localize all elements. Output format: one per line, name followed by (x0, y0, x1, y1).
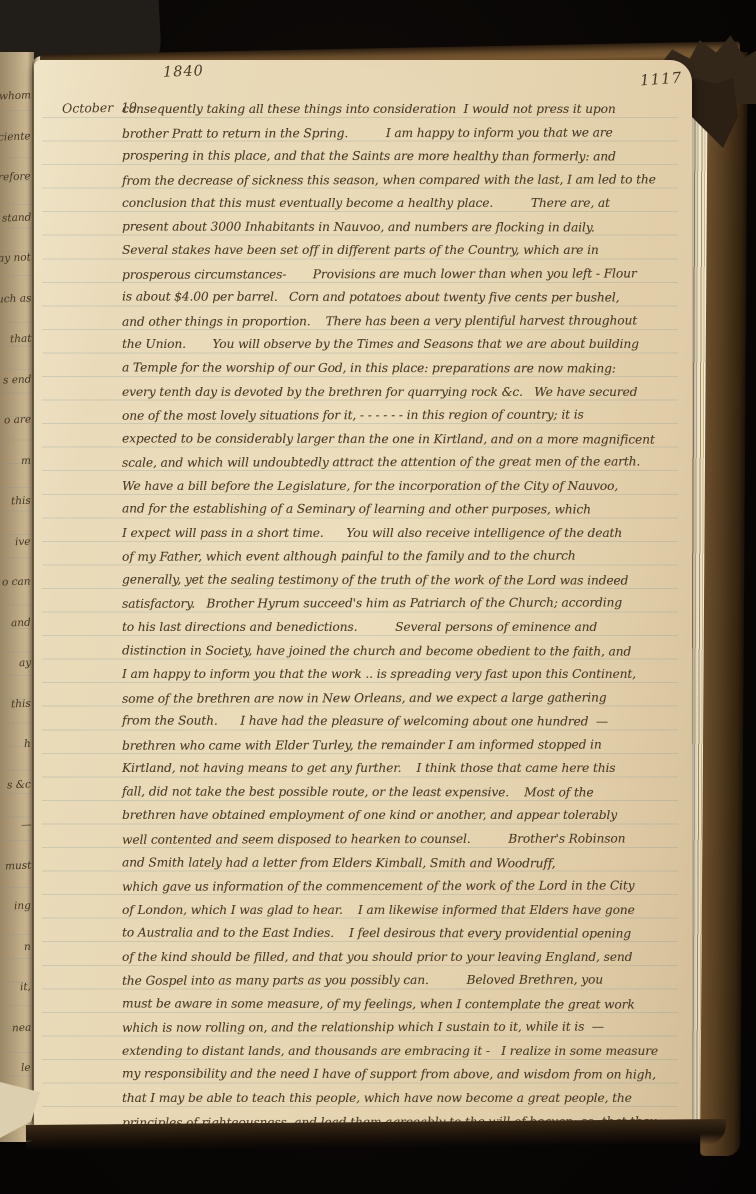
letter-line: scale, and which will undoubtedly attrac… (122, 450, 684, 475)
page-fragment: le (21, 1062, 31, 1074)
previous-page-edge: whomcientereforestanday notuch asthats e… (0, 52, 34, 1142)
letter-line: the Union. You will observe by the Times… (122, 333, 684, 357)
page-fragment: and (11, 616, 31, 629)
letter-line: brethren who came with Elder Turley, the… (122, 733, 684, 758)
page-fragment: nea (12, 1021, 32, 1034)
letter-line: consequently taking all these things int… (122, 98, 684, 122)
page-number: 1117 (639, 69, 682, 90)
letter-line: and Smith lately had a letter from Elder… (122, 851, 684, 876)
letter-line: generally, yet the sealing testimony of … (122, 568, 684, 593)
page-fragment: it, (20, 981, 31, 993)
letter-line: my responsibility and the need I have of… (122, 1063, 684, 1088)
letter-line: every tenth day is devoted by the brethr… (122, 381, 684, 405)
page-fragment: s end (2, 373, 31, 386)
letter-line: well contented and seem disposed to hear… (122, 827, 684, 852)
page-fragment: m (21, 454, 31, 466)
letter-line: of my Father, which event although painf… (122, 545, 684, 570)
letter-line: brother Pratt to return in the Spring. I… (122, 121, 684, 146)
letter-line: is about $4.00 per barrel. Corn and pota… (122, 286, 684, 311)
page-fragment: whom (0, 89, 31, 102)
page-year: 1840 (163, 63, 204, 80)
letter-line: some of the brethren are now in New Orle… (122, 686, 684, 711)
letter-body: consequently taking all these things int… (122, 98, 684, 1134)
book-cover-right (700, 52, 748, 1156)
letter-line: Kirtland, not having means to get any fu… (122, 757, 684, 781)
page-fragment: this (11, 697, 31, 710)
letter-line: We have a bill before the Legislature, f… (122, 475, 684, 499)
page-fragment: this (11, 495, 31, 508)
letter-line: of the kind should be filled, and that y… (122, 946, 684, 970)
letter-line: which gave us information of the commenc… (122, 874, 684, 899)
page-fragment: s &c (7, 778, 31, 791)
letter-line: and for the establishing of a Seminary o… (122, 498, 684, 523)
letter-line: expected to be considerably larger than … (122, 427, 684, 452)
letter-line: brethren have obtained employment of one… (122, 804, 684, 828)
letter-line: must be aware in some measure, of my fee… (122, 992, 684, 1017)
page-fragment: uch as (0, 292, 31, 305)
letter-line: conclusion that this must eventually bec… (122, 192, 684, 216)
letter-line: that I may be able to teach this people,… (122, 1087, 684, 1111)
letter-line: fall, did not take the best possible rou… (122, 780, 684, 805)
letter-line: extending to distant lands, and thousand… (122, 1040, 684, 1064)
page-fragment: refore (0, 170, 31, 183)
page-fragment: o are (4, 414, 32, 427)
letter-line: satisfactory. Brother Hyrum succeed's hi… (122, 592, 684, 617)
page-fragment: that (9, 333, 31, 346)
page-fragment: ay not (0, 251, 31, 264)
letter-line: distinction in Society, have joined the … (122, 639, 684, 664)
page-fragment: h (24, 738, 31, 750)
letter-line: prosperous circumstances- Provisions are… (122, 262, 684, 287)
page-fragment: n (24, 940, 31, 952)
page-bottom-shadow (26, 1119, 726, 1151)
page-fragment: o can (2, 576, 31, 589)
letter-line: which is now rolling on, and the relatio… (122, 1016, 684, 1041)
page-fragment: ing (14, 900, 31, 913)
page-fragment: ive (15, 535, 31, 548)
letter-line: of London, which I was glad to hear. I a… (122, 899, 684, 923)
page-fragment: stand (1, 211, 31, 224)
letter-line: to his last directions and benedictions.… (122, 616, 684, 640)
letter-line: one of the most lovely situations for it… (122, 403, 684, 428)
letter-line: a Temple for the worship of our God, in … (122, 356, 684, 381)
page-fragment: must (4, 859, 31, 872)
letter-line: to Australia and to the East Indies. I f… (122, 922, 684, 947)
page-fragment: — (20, 819, 31, 831)
page-fragment: ay (19, 657, 32, 669)
manuscript-page: 1840 1117 October 19 consequently taking… (34, 60, 692, 1128)
letter-line: the Gospel into as many parts as you pos… (122, 968, 684, 993)
letter-line: I expect will pass in a short time. You … (122, 522, 684, 546)
letter-line: present about 3000 Inhabitants in Nauvoo… (122, 215, 684, 240)
page-fragment: ciente (0, 130, 31, 143)
book-photo: whomcientereforestanday notuch asthats e… (0, 0, 756, 1194)
letter-line: from the South. I have had the pleasure … (122, 710, 684, 735)
letter-line: from the decrease of sickness this seaso… (122, 168, 684, 193)
letter-line: and other things in proportion. There ha… (122, 309, 684, 334)
letter-line: Several stakes have been set off in diff… (122, 239, 684, 263)
letter-line: prospering in this place, and that the S… (122, 145, 684, 170)
letter-line: I am happy to inform you that the work .… (122, 663, 684, 687)
